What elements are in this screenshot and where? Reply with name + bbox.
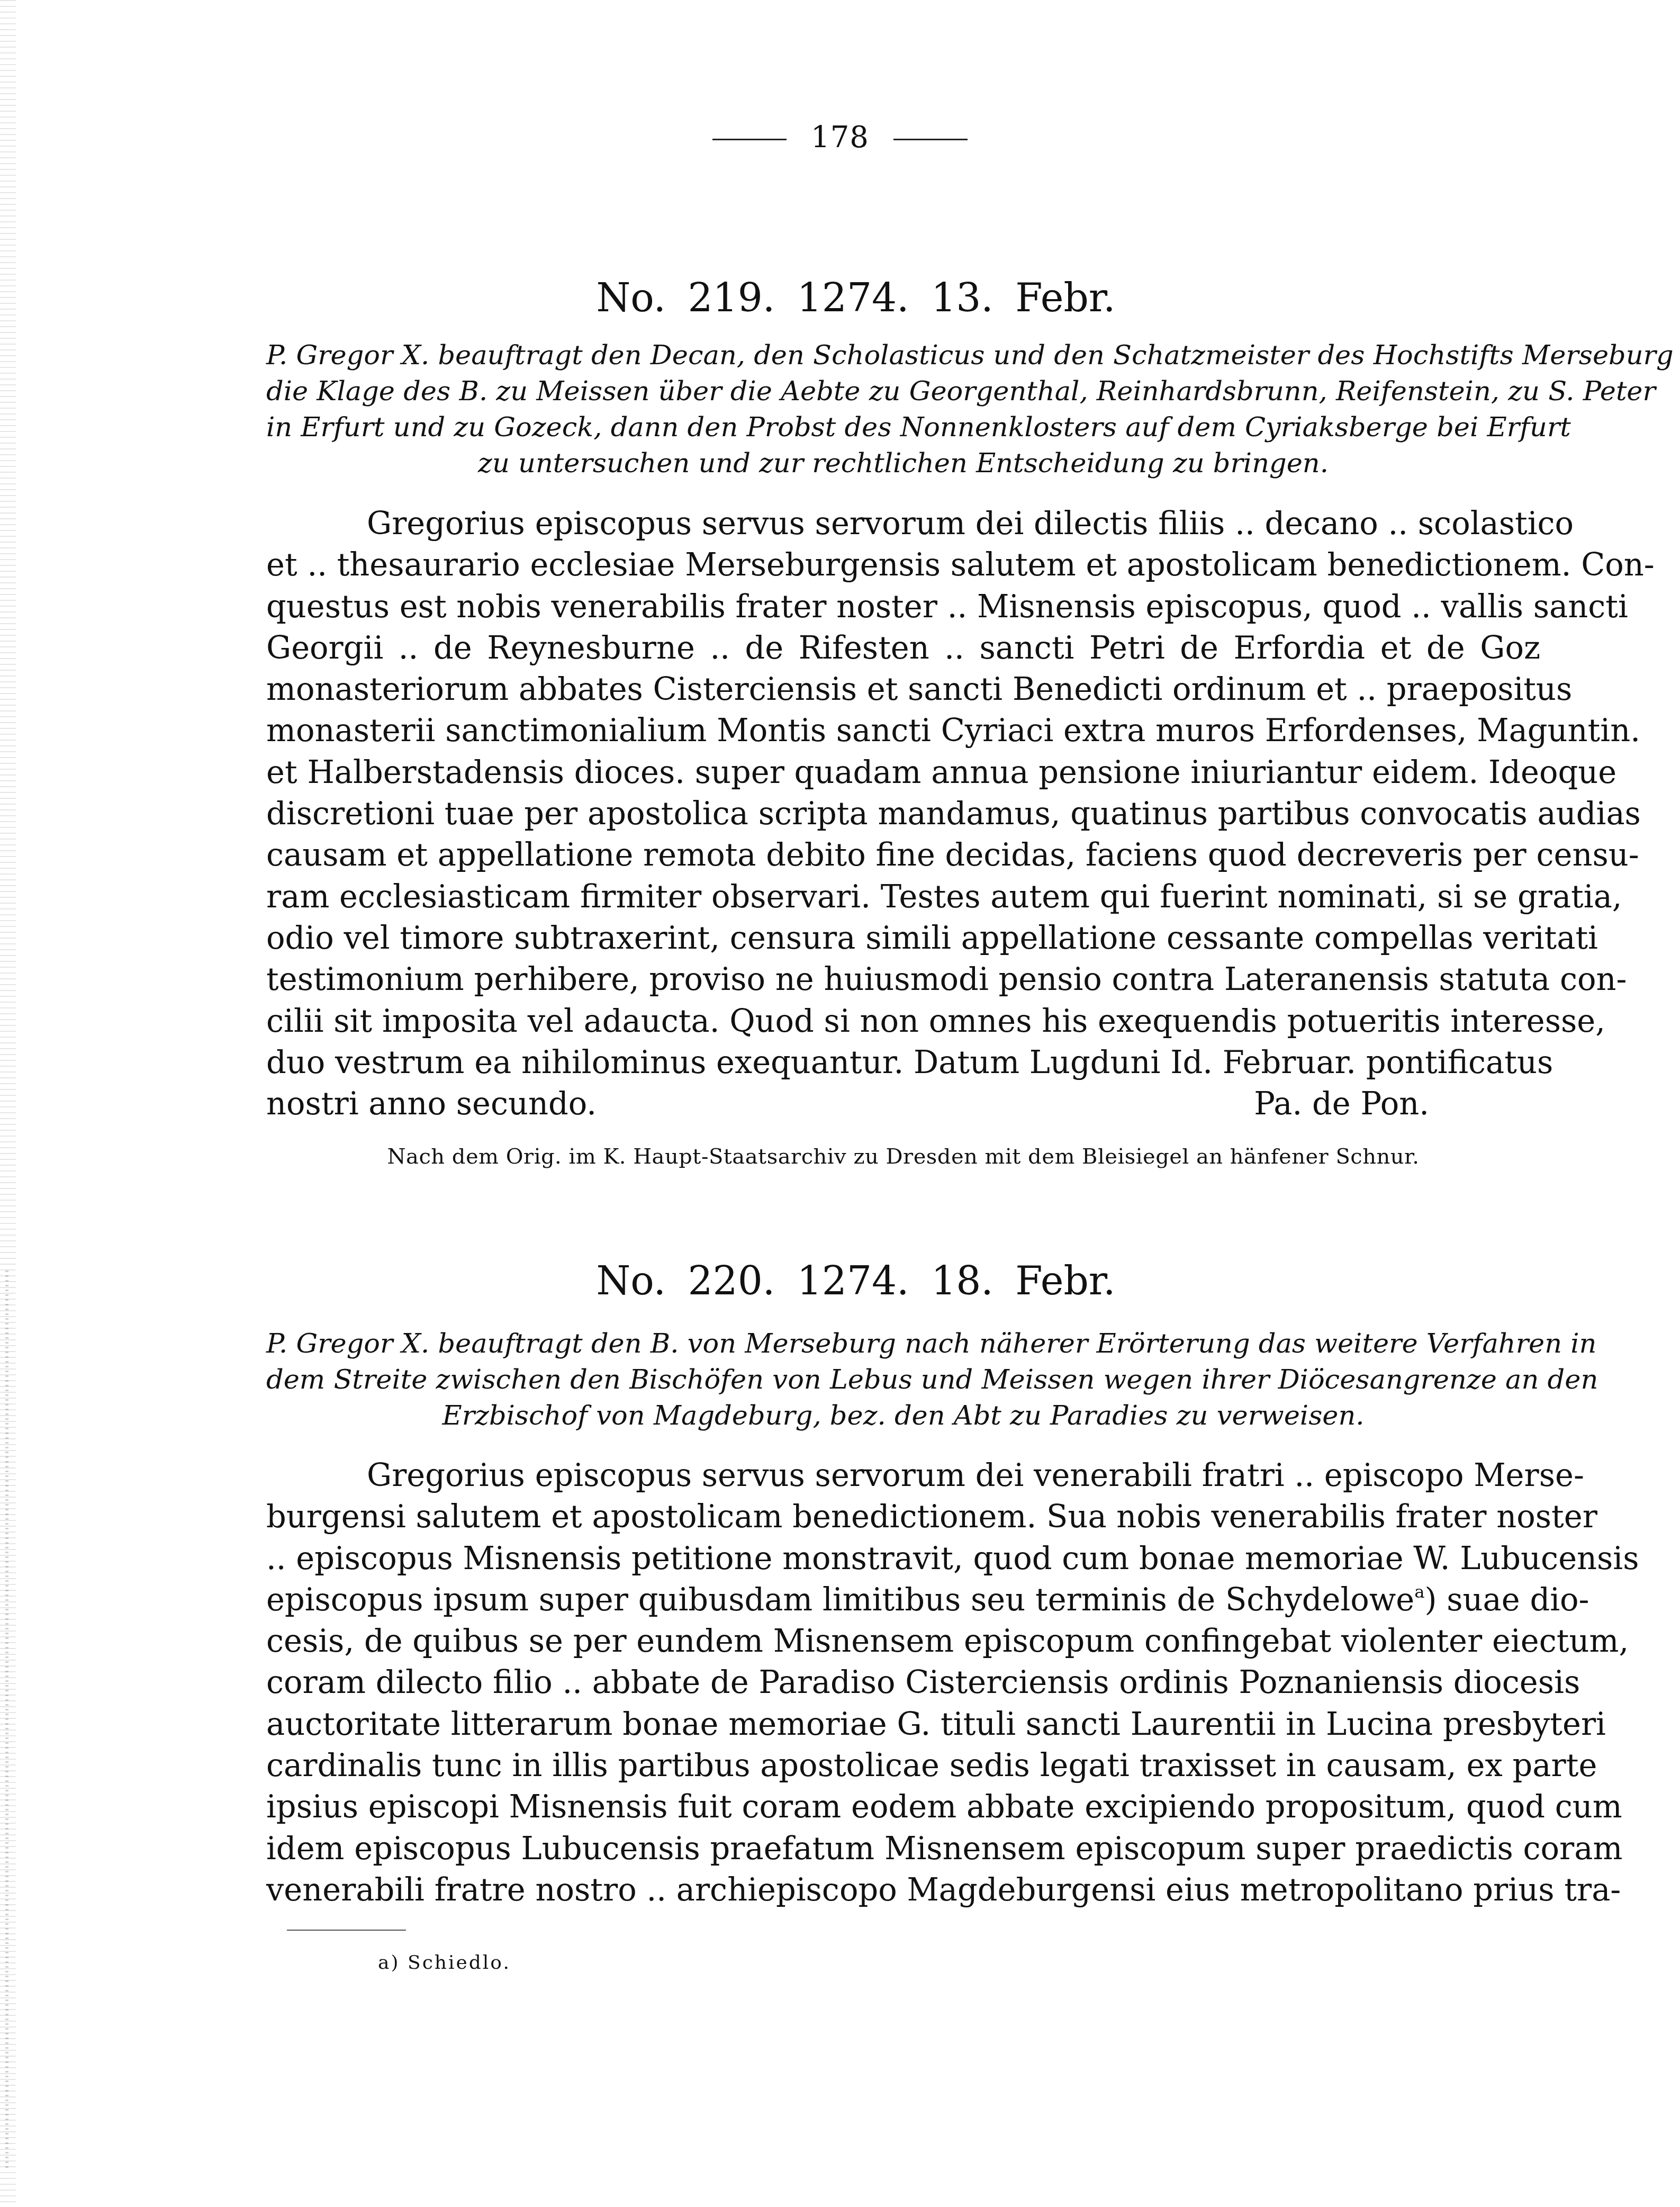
body-line: et .. thesaurario ecclesiae Merseburgens… — [266, 544, 1540, 585]
document-219-summary: P. Gregor X. beauftragt den Decan, den S… — [266, 338, 1540, 482]
body-line-text: ) suae dio- — [1425, 1581, 1589, 1618]
body-line: questus est nobis venerabilis frater nos… — [266, 586, 1540, 627]
body-line: auctoritate litterarum bonae memoriae G.… — [266, 1704, 1540, 1745]
page-number-value: 178 — [811, 120, 869, 155]
page-number: 178 — [0, 119, 1680, 156]
body-line: duo vestrum ea nihilominus exequantur. D… — [266, 1042, 1540, 1083]
body-line: ipsius episcopi Misnensis fuit coram eod… — [266, 1786, 1540, 1827]
closing-line: nostri anno secundo. Pa. de Pon. — [266, 1083, 1540, 1124]
body-line: Georgii .. de Reynesburne .. de Rifesten… — [266, 627, 1540, 669]
body-line: cesis, de quibus se per eundem Misnensem… — [266, 1620, 1540, 1662]
footnote-text: Schiedlo. — [408, 1952, 511, 1974]
body-line: et Halberstadensis dioces. super quadam … — [266, 752, 1540, 793]
summary-line: Erzbischof von Magdeburg, bez. den Abt z… — [266, 1398, 1540, 1434]
body-line: discretioni tuae per apostolica scripta … — [266, 793, 1540, 834]
body-line: Gregorius episcopus servus servorum dei … — [266, 1455, 1540, 1496]
body-line: venerabili fratre nostro .. archiepiscop… — [266, 1869, 1540, 1911]
document-220-summary: P. Gregor X. beauftragt den B. von Merse… — [266, 1326, 1540, 1434]
summary-line: P. Gregor X. beauftragt den Decan, den S… — [266, 338, 1540, 374]
chancery-signature: Pa. de Pon. — [1254, 1083, 1429, 1124]
body-line: coram dilecto filio .. abbate de Paradis… — [266, 1662, 1540, 1703]
body-line: .. episcopus Misnensis petitione monstra… — [266, 1538, 1540, 1579]
summary-line: die Klage des B. zu Meissen über die Aeb… — [266, 374, 1540, 410]
scan-edge-artifact — [5, 1271, 8, 2170]
body-line-text: episcopus ipsum super quibusdam limitibu… — [266, 1581, 1414, 1618]
document-219-heading: No. 219. 1274. 13. Febr. — [0, 274, 1680, 322]
body-line: cilii sit imposita vel adaucta. Quod si … — [266, 1001, 1540, 1042]
footnote-divider — [287, 1930, 406, 1931]
document-219-source-note: Nach dem Orig. im K. Haupt-Staatsarchiv … — [266, 1142, 1540, 1172]
summary-line: P. Gregor X. beauftragt den B. von Merse… — [266, 1326, 1540, 1362]
document-220-body: Gregorius episcopus servus servorum dei … — [266, 1455, 1540, 1911]
body-line-with-footnote: episcopus ipsum super quibusdam limitibu… — [266, 1579, 1540, 1620]
body-line: ram ecclesiasticam firmiter observari. T… — [266, 876, 1540, 917]
page-number-dash-left — [712, 139, 787, 140]
summary-line: zu untersuchen und zur rechtlichen Entsc… — [266, 446, 1540, 482]
body-line: Gregorius episcopus servus servorum dei … — [266, 503, 1540, 544]
footnote-marker[interactable]: a — [1414, 1582, 1424, 1602]
body-line: idem episcopus Lubucensis praefatum Misn… — [266, 1828, 1540, 1869]
body-line: burgensi salutem et apostolicam benedict… — [266, 1496, 1540, 1537]
footnote-a: a) Schiedlo. — [378, 1951, 511, 1975]
footnote-label: a) — [378, 1952, 400, 1974]
summary-line: in Erfurt und zu Gozeck, dann den Probst… — [266, 410, 1540, 446]
document-219-body: Gregorius episcopus servus servorum dei … — [266, 503, 1540, 1124]
document-220-heading: No. 220. 1274. 18. Febr. — [0, 1257, 1680, 1305]
summary-line: dem Streite zwischen den Bischöfen von L… — [266, 1362, 1540, 1398]
body-line: cardinalis tunc in illis partibus aposto… — [266, 1745, 1540, 1786]
body-line: causam et appellatione remota debito fin… — [266, 834, 1540, 876]
body-line: testimonium perhibere, proviso ne huiusm… — [266, 959, 1540, 1000]
closing-text: nostri anno secundo. — [266, 1083, 597, 1124]
page-number-dash-right — [893, 139, 968, 140]
body-line: odio vel timore subtraxerint, censura si… — [266, 917, 1540, 959]
body-line: monasteriorum abbates Cisterciensis et s… — [266, 669, 1540, 710]
body-line: monasterii sanctimonialium Montis sancti… — [266, 710, 1540, 751]
